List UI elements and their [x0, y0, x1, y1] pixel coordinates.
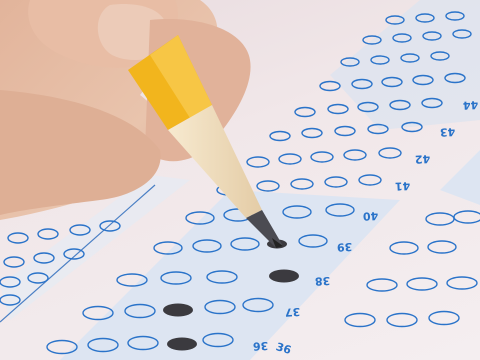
- bubble-grid: 36: [274, 340, 293, 357]
- row-number-41: 41: [395, 179, 411, 193]
- row-number-39: 39: [337, 240, 353, 254]
- scene-illustration: 36: [0, 0, 480, 360]
- row-36: 36: [274, 340, 293, 357]
- row-number-44: 44: [462, 98, 478, 112]
- row-number-37: 37: [285, 305, 301, 319]
- svg-text:36: 36: [274, 340, 293, 357]
- row-number-36: 36: [252, 339, 268, 353]
- row-number-42: 42: [415, 152, 431, 166]
- row-number-38: 38: [315, 274, 331, 288]
- answer-sheet-photo: 36: [0, 0, 480, 360]
- row-number-40: 40: [362, 209, 378, 223]
- row-number-43: 43: [440, 125, 456, 139]
